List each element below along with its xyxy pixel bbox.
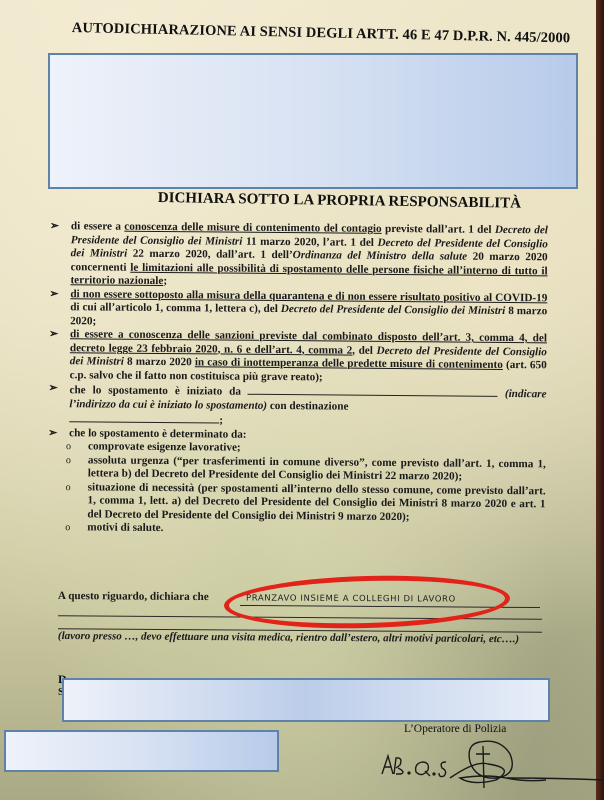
declaration-item-origin: ➢ che lo spostamento è iniziato da (indi… bbox=[46, 382, 546, 431]
declaration-item: ➢ di essere a conoscenza delle misure di… bbox=[47, 220, 548, 292]
arrow-bullet-icon: ➢ bbox=[49, 328, 58, 342]
arrow-bullet-icon: ➢ bbox=[50, 220, 59, 234]
arrow-bullet-icon: ➢ bbox=[49, 288, 58, 302]
redaction-box-personal-data bbox=[48, 53, 578, 189]
table-edge bbox=[596, 0, 604, 800]
declaration-item: ➢ di essere a conoscenza delle sanzioni … bbox=[47, 328, 547, 386]
destination-field[interactable] bbox=[69, 411, 219, 423]
circle-bullet-icon: o bbox=[66, 481, 71, 495]
reason-option: o assoluta urgenza (“per trasferimenti i… bbox=[46, 453, 546, 484]
declaration-body: ➢ di essere a conoscenza delle misure di… bbox=[45, 220, 548, 539]
arrow-bullet-icon: ➢ bbox=[48, 427, 57, 441]
reason-option: o situazione di necessità (per spostamen… bbox=[45, 480, 545, 525]
police-signature bbox=[376, 740, 604, 790]
arrow-bullet-icon: ➢ bbox=[48, 382, 57, 396]
origin-address-field[interactable] bbox=[248, 384, 498, 397]
circle-bullet-icon: o bbox=[66, 454, 71, 468]
declaration-item: ➢ di non essere sottoposto alla misura d… bbox=[47, 287, 547, 332]
redaction-box-signature bbox=[4, 730, 279, 772]
police-operator-label: L’Operatore di Polizia bbox=[404, 723, 506, 735]
circle-bullet-icon: o bbox=[66, 440, 71, 454]
circle-bullet-icon: o bbox=[65, 521, 70, 535]
redaction-box-date-place bbox=[62, 678, 550, 722]
